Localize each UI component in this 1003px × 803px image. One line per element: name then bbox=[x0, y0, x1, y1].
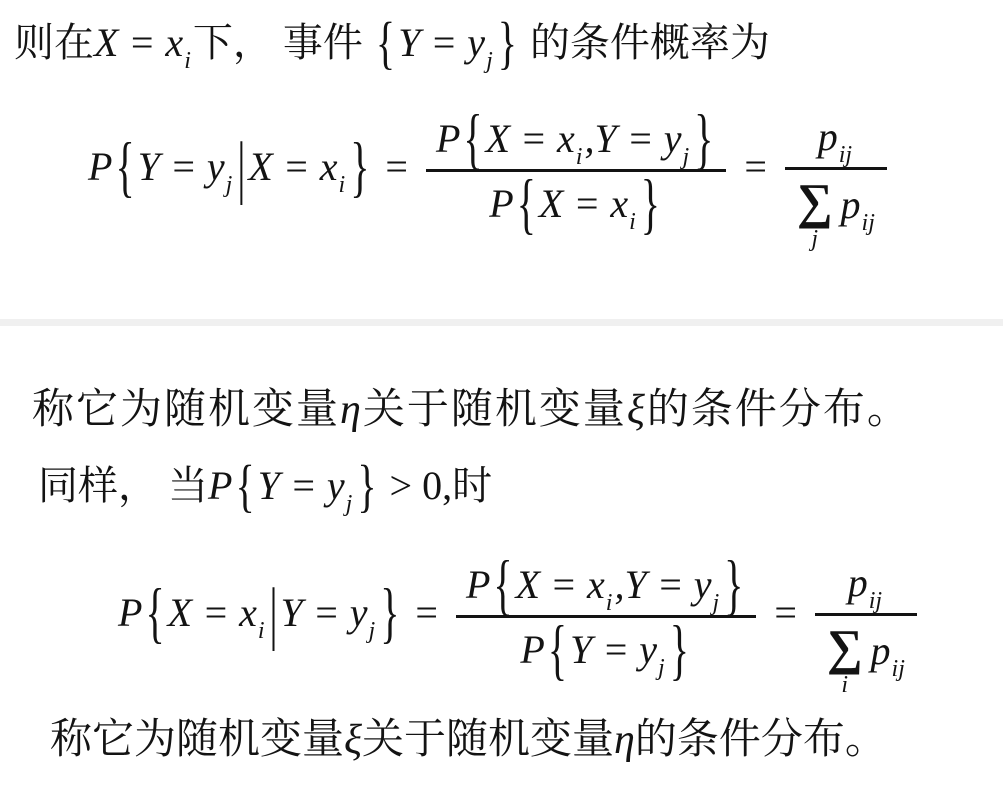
equals-sign: = bbox=[415, 590, 438, 635]
text-run: 的条件分布。 bbox=[635, 717, 887, 763]
eta-given-xi-text-line: 称它为随机变量η关于随机变量ξ的条件分布。 bbox=[32, 386, 911, 434]
math-italic-run: P bbox=[489, 181, 513, 227]
subscript: ij bbox=[862, 210, 875, 238]
sigma-symbol: ∑ bbox=[797, 179, 833, 224]
math-italic-run: X = x bbox=[168, 590, 257, 635]
math-italic-run: P bbox=[520, 627, 544, 673]
fraction: pij∑jpij bbox=[785, 114, 887, 228]
fraction: pij∑ipij bbox=[815, 560, 917, 674]
subscript: j bbox=[486, 48, 493, 74]
text-run: 的条件概率为 bbox=[520, 20, 770, 65]
curly-brace: { bbox=[145, 574, 164, 652]
fraction-numerator: P{X = xi,Y = yj} bbox=[426, 116, 726, 169]
fraction-denominator: P{Y = yj} bbox=[510, 618, 702, 673]
formula-conditional-prob-x-given-y: P{X = xi|Y = yj}=P{X = xi,Y = yj}P{Y = y… bbox=[118, 560, 922, 674]
curly-brace: } bbox=[357, 453, 376, 520]
subscript: j bbox=[369, 618, 376, 644]
conditional-bar: | bbox=[237, 127, 245, 208]
fraction-numerator: P{X = xi,Y = yj} bbox=[456, 562, 756, 615]
curly-brace: { bbox=[463, 99, 482, 177]
subscript: j bbox=[682, 144, 689, 172]
math-italic-run: p bbox=[871, 628, 891, 674]
text-run: 关于随机变量 bbox=[363, 387, 627, 433]
text-run: > 0,时 bbox=[380, 463, 493, 508]
text-run: 关于随机变量 bbox=[362, 717, 614, 763]
math-italic-run: X = x bbox=[94, 20, 183, 65]
math-italic-run: P bbox=[208, 463, 232, 508]
curly-brace: } bbox=[350, 128, 369, 206]
equals-sign: = bbox=[744, 144, 767, 189]
subscript: ij bbox=[892, 656, 905, 684]
math-italic-run: η bbox=[340, 387, 363, 433]
section-divider bbox=[0, 319, 1003, 326]
equals-sign: = bbox=[774, 590, 797, 635]
math-italic-run: ξ bbox=[344, 717, 362, 763]
subscript: ij bbox=[839, 142, 852, 170]
math-italic-run: Y = y bbox=[398, 20, 485, 65]
similarly-condition-text-line: 同样， 当P{Y = yj} > 0,时 bbox=[38, 463, 492, 509]
math-italic-run: Y = y bbox=[138, 144, 225, 189]
subscript: i bbox=[339, 172, 346, 198]
fraction-numerator: pij bbox=[808, 114, 864, 167]
conditional-bar: | bbox=[270, 573, 278, 654]
text-run: 称它为随机变量 bbox=[32, 387, 340, 433]
math-italic-run: ,Y = y bbox=[614, 562, 711, 608]
summation: ∑j bbox=[797, 179, 833, 224]
math-italic-run: p bbox=[841, 182, 861, 228]
subscript: j bbox=[712, 590, 719, 618]
intro-text-line: 则在X = xi下， 事件 {Y = yj} 的条件概率为 bbox=[14, 20, 770, 66]
math-italic-run: P bbox=[118, 590, 142, 635]
math-italic-run: P bbox=[88, 144, 112, 189]
equals-sign: = bbox=[385, 144, 408, 189]
text-run: 同样， 当 bbox=[38, 463, 208, 508]
math-italic-run: Y = y bbox=[570, 627, 657, 673]
curly-brace: { bbox=[548, 610, 567, 688]
curly-brace: } bbox=[724, 545, 743, 623]
slide-page: 则在X = xi下， 事件 {Y = yj} 的条件概率为 P{Y = yj|X… bbox=[0, 0, 1003, 803]
math-italic-run: Y = y bbox=[281, 590, 368, 635]
fraction-denominator: ∑jpij bbox=[785, 170, 887, 228]
text-run: 的条件分布。 bbox=[647, 387, 911, 433]
math-italic-run: X = x bbox=[248, 144, 337, 189]
math-italic-run: X = x bbox=[539, 181, 628, 227]
xi-given-eta-text-line: 称它为随机变量ξ关于随机变量η的条件分布。 bbox=[50, 716, 887, 764]
curly-brace: } bbox=[380, 574, 399, 652]
subscript: i bbox=[576, 144, 583, 172]
curly-brace: { bbox=[235, 453, 254, 520]
fraction-denominator: ∑ipij bbox=[815, 616, 917, 674]
math-italic-run: ,Y = y bbox=[584, 116, 681, 162]
curly-brace: } bbox=[641, 164, 660, 242]
summation-index: j bbox=[811, 226, 818, 254]
math-italic-run: X = x bbox=[516, 562, 605, 608]
math-italic-run: Y = y bbox=[258, 463, 345, 508]
curly-brace: { bbox=[493, 545, 512, 623]
fraction: P{X = xi,Y = yj}P{Y = yj} bbox=[456, 562, 756, 673]
summation: ∑i bbox=[827, 625, 863, 670]
fraction-numerator: pij bbox=[838, 560, 894, 613]
text-run: 则在 bbox=[14, 20, 94, 65]
math-italic-run: P bbox=[436, 116, 460, 162]
fraction: P{X = xi,Y = yj}P{X = xi} bbox=[426, 116, 726, 227]
formula-conditional-prob-y-given-x: P{Y = yj|X = xi}=P{X = xi,Y = yj}P{X = x… bbox=[88, 114, 892, 228]
subscript: i bbox=[258, 618, 265, 644]
subscript: j bbox=[226, 172, 233, 198]
text-run: 下， 事件 bbox=[193, 20, 373, 65]
curly-brace: { bbox=[517, 164, 536, 242]
subscript: i bbox=[606, 590, 613, 618]
curly-brace: } bbox=[670, 610, 689, 688]
subscript: i bbox=[629, 209, 636, 237]
subscript: i bbox=[184, 48, 191, 74]
summation-index: i bbox=[841, 672, 848, 700]
curly-brace: { bbox=[376, 10, 395, 77]
math-italic-run: p bbox=[818, 114, 838, 160]
subscript: ij bbox=[869, 588, 882, 616]
sigma-symbol: ∑ bbox=[827, 625, 863, 670]
math-italic-run: P bbox=[466, 562, 490, 608]
math-italic-run: p bbox=[848, 560, 868, 606]
math-italic-run: X = x bbox=[486, 116, 575, 162]
fraction-denominator: P{X = xi} bbox=[479, 172, 673, 227]
subscript: j bbox=[346, 491, 353, 517]
text-run: 称它为随机变量 bbox=[50, 717, 344, 763]
math-italic-run: η bbox=[614, 717, 635, 763]
math-italic-run: ξ bbox=[627, 387, 647, 433]
subscript: j bbox=[658, 655, 665, 683]
curly-brace: } bbox=[694, 99, 713, 177]
curly-brace: { bbox=[115, 128, 134, 206]
curly-brace: } bbox=[498, 10, 517, 77]
